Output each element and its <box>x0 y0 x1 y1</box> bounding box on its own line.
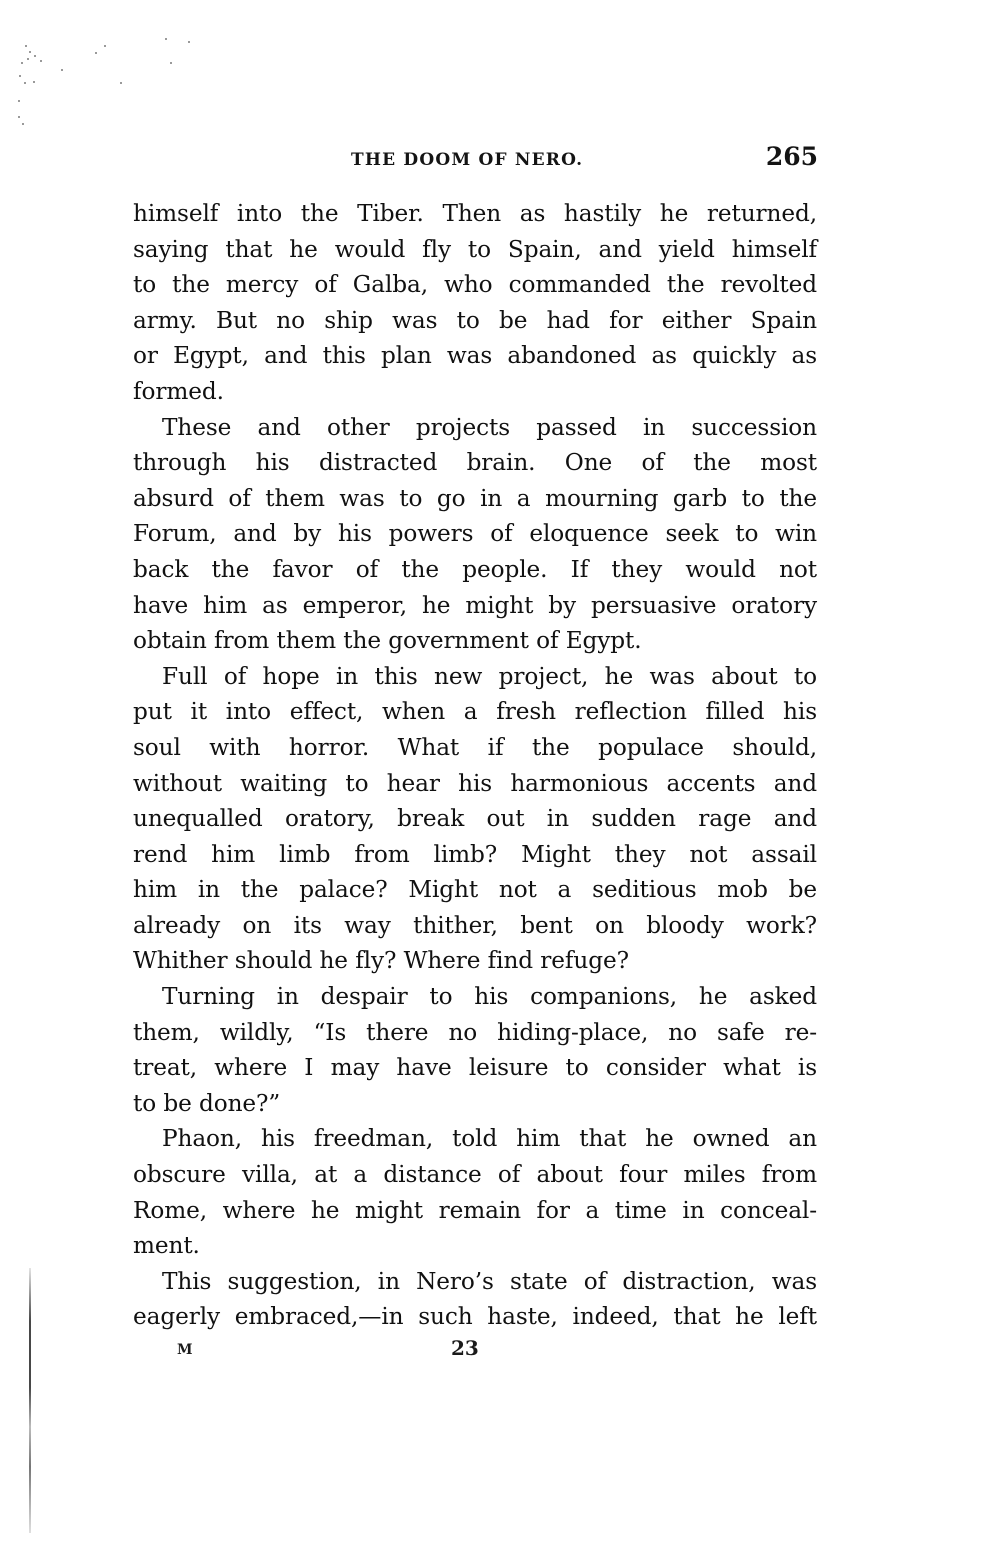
text-line: through his distracted brain. One of the… <box>133 445 817 481</box>
text-line: Phaon, his freedman, told him that he ow… <box>133 1121 817 1157</box>
page-number: 265 <box>766 142 818 171</box>
text-line: Forum, and by his powers of eloquence se… <box>133 516 817 552</box>
text-line: This suggestion, in Nero’s state of dist… <box>133 1264 817 1300</box>
page-footer: M 23 <box>133 1336 817 1366</box>
text-line: rend him limb from limb? Might they not … <box>133 837 817 873</box>
text-line: Full of hope in this new project, he was… <box>133 659 817 695</box>
text-line: army. But no ship was to be had for eith… <box>133 303 817 339</box>
text-line: Turning in despair to his companions, he… <box>133 979 817 1015</box>
binding-edge-line <box>29 1268 31 1533</box>
text-line: them, wildly, “Is there no hiding-place,… <box>133 1015 817 1051</box>
text-line: back the favor of the people. If they wo… <box>133 552 817 588</box>
text-line: unequalled oratory, break out in sudden … <box>133 801 817 837</box>
text-line: eagerly embraced,—in such haste, indeed,… <box>133 1299 817 1335</box>
text-line: have him as emperor, he might by persuas… <box>133 588 817 624</box>
text-line: saying that he would fly to Spain, and y… <box>133 232 817 268</box>
text-line: without waiting to hear his harmonious a… <box>133 766 817 802</box>
text-line: put it into effect, when a fresh reflect… <box>133 694 817 730</box>
signature-mark: M <box>177 1342 193 1358</box>
text-line: himself into the Tiber. Then as hastily … <box>133 196 817 232</box>
paragraph: Turning in despair to his companions, he… <box>133 979 817 1121</box>
text-line: Whither should he fly? Where find refuge… <box>133 943 817 979</box>
paragraph: This suggestion, in Nero’s state of dist… <box>133 1264 817 1335</box>
running-title: THE DOOM OF NERO. <box>351 150 583 170</box>
running-head: THE DOOM OF NERO. 265 <box>133 142 818 176</box>
text-line: obscure villa, at a distance of about fo… <box>133 1157 817 1193</box>
text-line: obtain from them the government of Egypt… <box>133 623 817 659</box>
text-line: formed. <box>133 374 817 410</box>
text-line: treat, where I may have leisure to consi… <box>133 1050 817 1086</box>
text-line: soul with horror. What if the populace s… <box>133 730 817 766</box>
paragraph: himself into the Tiber. Then as hastily … <box>133 196 817 410</box>
text-line: absurd of them was to go in a mourning g… <box>133 481 817 517</box>
body-text: himself into the Tiber. Then as hastily … <box>133 196 817 1335</box>
text-line: to the mercy of Galba, who commanded the… <box>133 267 817 303</box>
paragraph: These and other projects passed in succe… <box>133 410 817 659</box>
text-line: These and other projects passed in succe… <box>133 410 817 446</box>
text-line: or Egypt, and this plan was abandoned as… <box>133 338 817 374</box>
signature-number: 23 <box>451 1336 479 1360</box>
paragraph: Full of hope in this new project, he was… <box>133 659 817 979</box>
text-line: already on its way thither, bent on bloo… <box>133 908 817 944</box>
book-page: THE DOOM OF NERO. 265 himself into the T… <box>0 0 1000 1551</box>
text-line: him in the palace? Might not a seditious… <box>133 872 817 908</box>
text-line: ment. <box>133 1228 817 1264</box>
paragraph: Phaon, his freedman, told him that he ow… <box>133 1121 817 1263</box>
text-line: to be done?” <box>133 1086 817 1122</box>
text-line: Rome, where he might remain for a time i… <box>133 1193 817 1229</box>
